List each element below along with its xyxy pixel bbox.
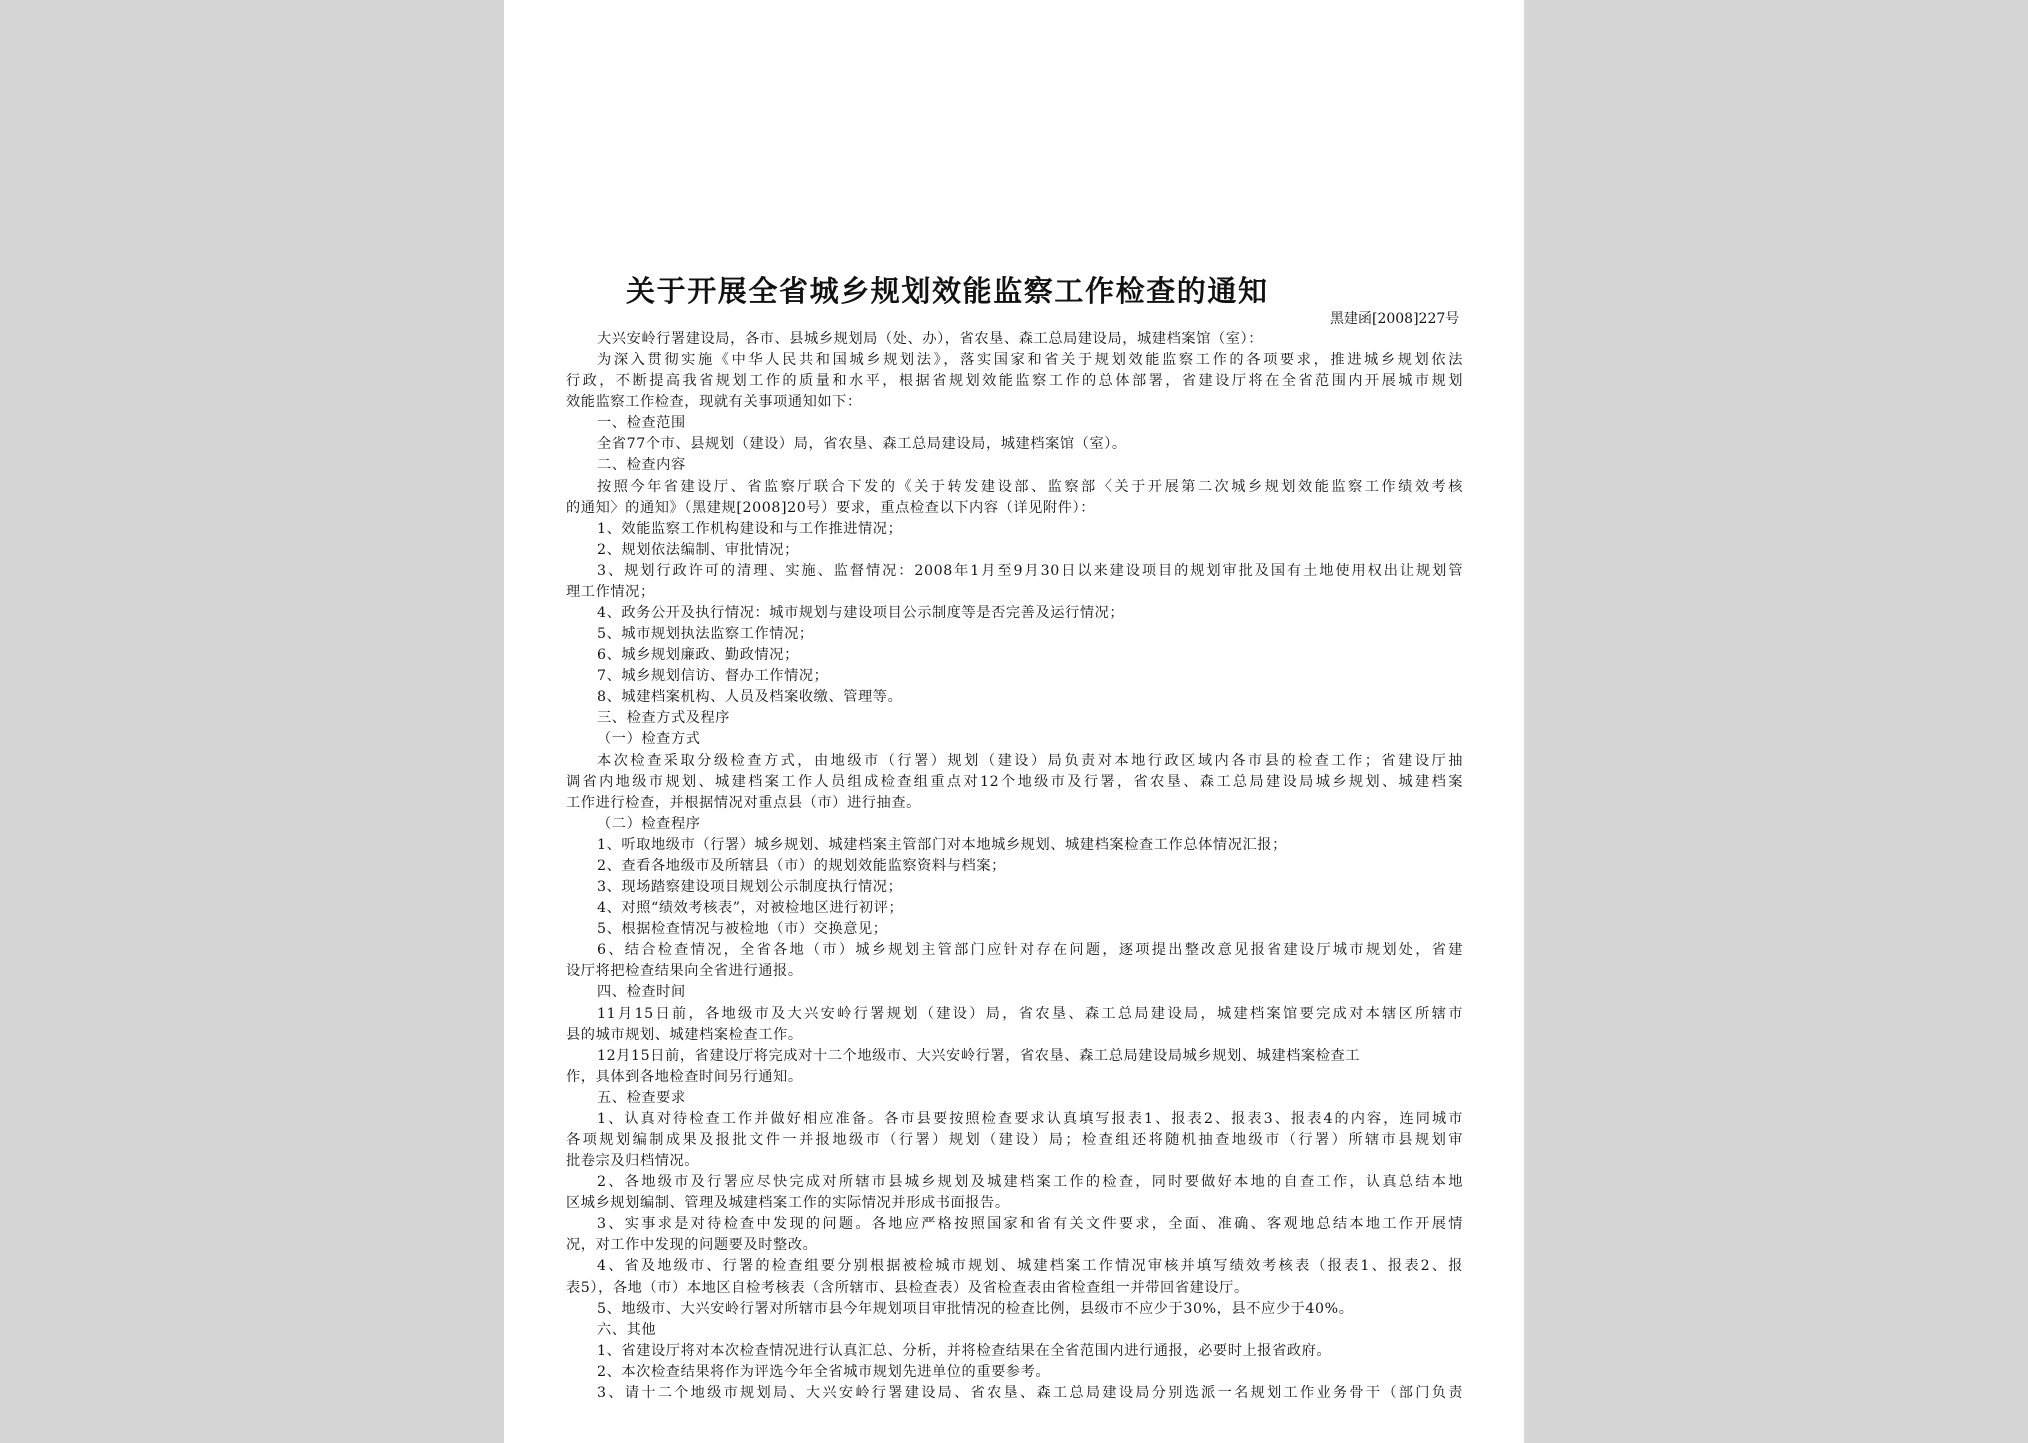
text-line: 设厅将把检查结果向全省进行通报。: [566, 961, 1466, 982]
text-line: 效能监察工作检查，现就有关事项通知如下：: [566, 392, 1466, 413]
text-line: 四、检查时间: [566, 982, 1466, 1003]
text-line: 本次检查采取分级检查方式，由地级市（行署）规划（建设）局负责对本地行政区域内各市…: [566, 751, 1463, 772]
text-line: 区城乡规划编制、管理及城建档案工作的实际情况并形成书面报告。: [566, 1193, 1466, 1214]
text-line: 2、各地级市及行署应尽快完成对所辖市县城乡规划及城建档案工作的检查，同时要做好本…: [566, 1172, 1463, 1193]
text-line: 12月15日前，省建设厅将完成对十二个地级市、大兴安岭行署，省农垦、森工总局建设…: [566, 1046, 1466, 1067]
text-line: 4、政务公开及执行情况：城市规划与建设项目公示制度等是否完善及运行情况；: [566, 603, 1466, 624]
text-line: 工作进行检查，并根据情况对重点县（市）进行抽查。: [566, 793, 1466, 814]
document-page: 关于开展全省城乡规划效能监察工作检查的通知 黑建函[2008]227号 大兴安岭…: [504, 0, 1524, 1443]
text-line: 1、认真对待检查工作并做好相应准备。各市县要按照检查要求认真填写报表1、报表2、…: [566, 1109, 1463, 1130]
text-line: 3、规划行政许可的清理、实施、监督情况：2008年1月至9月30日以来建设项目的…: [566, 561, 1463, 582]
text-line: 表5），各地（市）本地区自检考核表（含所辖市、县检查表）及省检查表由省检查组一并…: [566, 1278, 1466, 1299]
text-line: 批卷宗及归档情况。: [566, 1151, 1466, 1172]
document-body: 大兴安岭行署建设局，各市、县城乡规划局（处、办），省农垦、森工总局建设局，城建档…: [566, 329, 1466, 1404]
text-line: （一）检查方式: [566, 729, 1466, 750]
text-line: 调省内地级市规划、城建档案工作人员组成检查组重点对12个地级市及行署，省农垦、森…: [566, 772, 1463, 793]
text-line: 理工作情况；: [566, 582, 1466, 603]
text-line: 1、省建设厅将对本次检查情况进行认真汇总、分析，并将检查结果在全省范围内进行通报…: [566, 1341, 1466, 1362]
text-line: 作，具体到各地检查时间另行通知。: [566, 1067, 1466, 1088]
text-line: 的通知〉的通知》（黑建规[2008]20号）要求，重点检查以下内容（详见附件）：: [566, 498, 1466, 519]
text-line: 6、城乡规划廉政、勤政情况；: [566, 645, 1466, 666]
text-line: 8、城建档案机构、人员及档案收缴、管理等。: [566, 687, 1466, 708]
text-line: 五、检查要求: [566, 1088, 1466, 1109]
text-line: 县的城市规划、城建档案检查工作。: [566, 1025, 1466, 1046]
text-line: 一、检查范围: [566, 413, 1466, 434]
text-line: 3、实事求是对待检查中发现的问题。各地应严格按照国家和省有关文件要求，全面、准确…: [566, 1214, 1463, 1235]
text-line: 大兴安岭行署建设局，各市、县城乡规划局（处、办），省农垦、森工总局建设局，城建档…: [566, 329, 1466, 350]
text-line: 7、城乡规划信访、督办工作情况；: [566, 666, 1466, 687]
document-number: 黑建函[2008]227号: [1330, 309, 1459, 329]
text-line: 5、地级市、大兴安岭行署对所辖市县今年规划项目审批情况的检查比例，县级市不应少于…: [566, 1299, 1466, 1320]
text-line: 1、效能监察工作机构建设和与工作推进情况；: [566, 519, 1466, 540]
text-line: 二、检查内容: [566, 455, 1466, 476]
text-line: 全省77个市、县规划（建设）局，省农垦、森工总局建设局，城建档案馆（室）。: [566, 434, 1466, 455]
text-line: 行政，不断提高我省规划工作的质量和水平，根据省规划效能监察工作的总体部署，省建设…: [566, 371, 1463, 392]
text-line: 11月15日前，各地级市及大兴安岭行署规划（建设）局，省农垦、森工总局建设局，城…: [566, 1004, 1463, 1025]
text-line: 2、本次检查结果将作为评选今年全省城市规划先进单位的重要参考。: [566, 1362, 1466, 1383]
text-line: 六、其他: [566, 1320, 1466, 1341]
text-line: 3、请十二个地级市规划局、大兴安岭行署建设局、省农垦、森工总局建设局分别选派一名…: [566, 1383, 1463, 1404]
text-line: 3、现场踏察建设项目规划公示制度执行情况；: [566, 877, 1466, 898]
text-line: 4、对照“绩效考核表”，对被检地区进行初评；: [566, 898, 1466, 919]
text-line: 三、检查方式及程序: [566, 708, 1466, 729]
text-line: 1、听取地级市（行署）城乡规划、城建档案主管部门对本地城乡规划、城建档案检查工作…: [566, 835, 1466, 856]
text-line: 5、城市规划执法监察工作情况；: [566, 624, 1466, 645]
text-line: 为深入贯彻实施《中华人民共和国城乡规划法》，落实国家和省关于规划效能监察工作的各…: [566, 350, 1463, 371]
text-line: 2、查看各地级市及所辖县（市）的规划效能监察资料与档案；: [566, 856, 1466, 877]
text-line: 2、规划依法编制、审批情况；: [566, 540, 1466, 561]
text-line: （二）检查程序: [566, 814, 1466, 835]
text-line: 按照今年省建设厅、省监察厅联合下发的《关于转发建设部、监察部〈关于开展第二次城乡…: [566, 477, 1463, 498]
text-line: 6、结合检查情况，全省各地（市）城乡规划主管部门应针对存在问题，逐项提出整改意见…: [566, 940, 1463, 961]
document-title: 关于开展全省城乡规划效能监察工作检查的通知: [504, 271, 1524, 311]
text-line: 况，对工作中发现的问题要及时整改。: [566, 1235, 1466, 1256]
text-line: 4、省及地级市、行署的检查组要分别根据被检城市规划、城建档案工作情况审核并填写绩…: [566, 1256, 1463, 1277]
text-line: 5、根据检查情况与被检地（市）交换意见；: [566, 919, 1466, 940]
text-line: 各项规划编制成果及报批文件一并报地级市（行署）规划（建设）局；检查组还将随机抽查…: [566, 1130, 1463, 1151]
